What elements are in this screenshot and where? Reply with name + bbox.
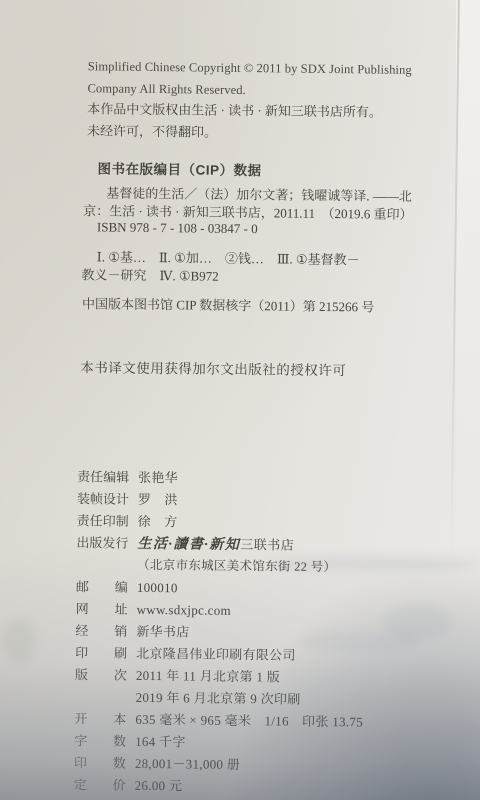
- colophon-value: 张艳华: [138, 467, 178, 486]
- colophon-row-edition: 版次 2011 年 11 月北京第 1 版: [75, 664, 364, 689]
- colophon-row-editor: 责任编辑 张艳华: [77, 466, 366, 491]
- colophon-label: 责任印制: [77, 510, 129, 530]
- colophon-label: [75, 701, 127, 702]
- cip-isbn: ISBN 978 - 7 - 108 - 03847 - 0: [97, 219, 258, 237]
- colophon-row-postcode: 邮编 100010: [76, 576, 365, 601]
- colophon-value: 北京隆昌伟业印刷有限公司: [136, 643, 296, 664]
- colophon-row-price: 定价 26.00 元: [73, 774, 362, 799]
- page-content: Simplified Chinese Copyright © 2011 by S…: [0, 0, 480, 800]
- copyright-line-en-1: Simplified Chinese Copyright © 2011 by S…: [88, 56, 412, 81]
- cip-classification-line-2: 教义－研究 Ⅳ. ①B972: [81, 264, 219, 285]
- publisher-name-rest: 三联书店: [240, 537, 294, 553]
- colophon-label: 字数: [74, 730, 126, 750]
- colophon-value: 635 毫米 × 965 毫米 1/16 印张 13.75: [135, 709, 363, 731]
- copyright-line-cn-2: 未经许可，不得翻印。: [87, 120, 217, 143]
- colophon-row-printing: 2019 年 6 月北京第 9 次印刷: [74, 686, 363, 711]
- colophon-value: 100010: [137, 580, 178, 596]
- colophon-row-print-supervisor: 责任印制 徐 方: [76, 510, 365, 535]
- colophon-value: 生活·讀書·新知三联书店: [137, 533, 294, 555]
- colophon-label: 印数: [74, 752, 126, 772]
- colophon-label: [76, 568, 128, 569]
- colophon-value: 罗 洪: [138, 489, 178, 508]
- cip-registry-number: 中国版本图书馆 CIP 数据核字（2011）第 215266 号: [82, 293, 374, 315]
- colophon-value: 新华书店: [136, 621, 189, 641]
- colophon-value: 徐 方: [138, 511, 178, 530]
- translation-license-note: 本书译文使用获得加尔文出版社的授权许可: [80, 356, 346, 379]
- colophon-value: 2019 年 6 月北京第 9 次印刷: [136, 687, 301, 708]
- copyright-line-cn-1: 本作品中文版权由生活 · 读书 · 新知三联书店所有。: [87, 98, 382, 123]
- colophon-label: 邮编: [76, 576, 128, 596]
- publisher-script-logo: 生活·讀書·新知: [137, 537, 240, 553]
- colophon-row-designer: 装帧设计 罗 洪: [77, 488, 366, 513]
- colophon-row-distributor: 经销 新华书店: [75, 620, 364, 645]
- colophon-row-wordcount: 字数 164 千字: [74, 730, 363, 755]
- colophon-label: 版次: [75, 664, 127, 684]
- colophon-label: 定价: [74, 774, 126, 794]
- colophon-row-printrun: 印数 28,001－31,000 册: [74, 752, 363, 777]
- colophon-row-publisher: 出版发行 生活·讀書·新知三联书店: [76, 532, 365, 557]
- colophon-row-address: （北京市东城区美术馆东街 22 号）: [76, 554, 365, 579]
- book-page-photo: Simplified Chinese Copyright © 2011 by S…: [0, 0, 480, 800]
- colophon-label: 网址: [76, 598, 128, 618]
- colophon-row-website: 网址 www.sdxjpc.com: [75, 598, 364, 623]
- colophon-value: （北京市东城区美术馆东街 22 号）: [137, 555, 336, 575]
- colophon-label: 出版发行: [76, 532, 128, 552]
- colophon-row-printer: 印刷 北京隆昌伟业印刷有限公司: [75, 642, 364, 667]
- colophon-row-format: 开本 635 毫米 × 965 毫米 1/16 印张 13.75: [74, 708, 363, 733]
- colophon-value: 2011 年 11 月北京第 1 版: [136, 665, 280, 686]
- colophon-label: 经销: [75, 620, 127, 640]
- cip-header: 图书在版编目（CIP）数据: [98, 157, 262, 179]
- colophon-label: 印刷: [75, 642, 127, 662]
- colophon-label: 开本: [74, 708, 126, 728]
- colophon-value: 26.00 元: [135, 775, 183, 795]
- colophon-value: 28,001－31,000 册: [135, 753, 240, 773]
- colophon-value: 164 千字: [135, 731, 186, 751]
- colophon-label: 责任编辑: [77, 466, 129, 486]
- colophon: 责任编辑 张艳华 装帧设计 罗 洪 责任印制 徐 方 出版发行 生活·讀書·新知…: [73, 466, 365, 799]
- colophon-label: 装帧设计: [77, 488, 129, 508]
- colophon-value: www.sdxjpc.com: [137, 602, 232, 619]
